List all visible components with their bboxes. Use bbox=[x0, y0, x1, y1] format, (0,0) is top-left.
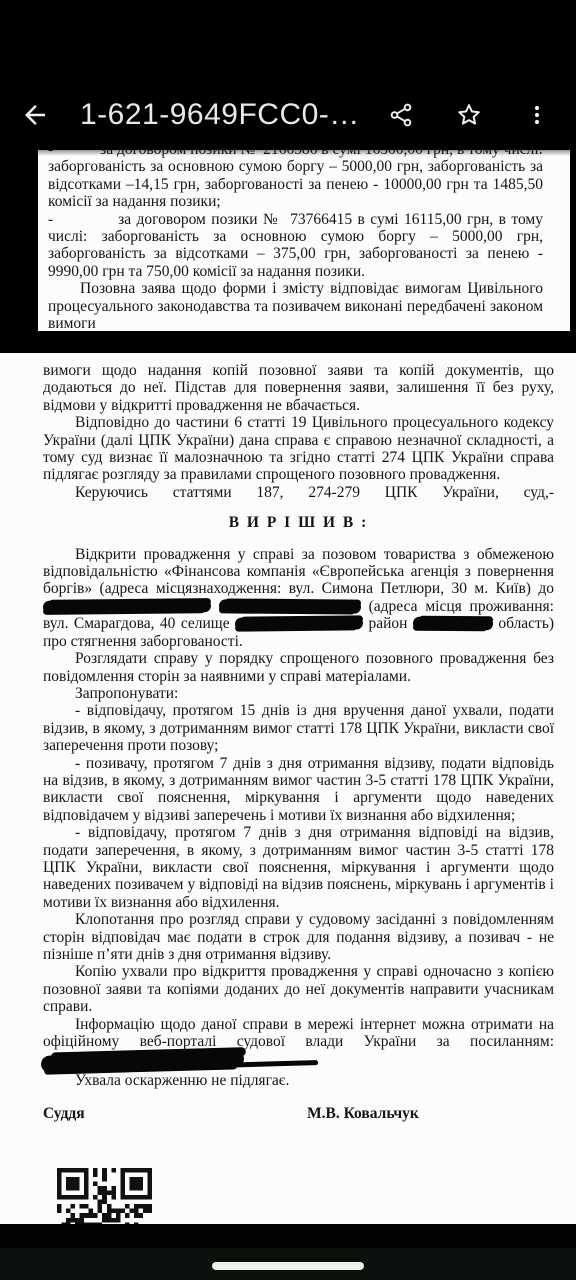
paragraph-plaintiff-7-days: - позивачу, протягом 7 днів з дня отрима… bbox=[43, 755, 554, 825]
redaction-settlement bbox=[235, 617, 363, 631]
paragraph-zaproponuvaty: Запропонувати: bbox=[43, 685, 554, 702]
paragraph-respondent-7-days: - відповідачу, протягом 7 днів з дня отр… bbox=[43, 824, 554, 911]
navigation-bar bbox=[0, 1248, 576, 1280]
signature-row: Суддя М.В. Ковальчук bbox=[43, 1105, 554, 1122]
paragraph-claim-form: Позовна заява щодо форми і змісту відпов… bbox=[48, 280, 543, 331]
paragraph-vidpovidno: Відповідно до частини 6 статті 19 Цивіль… bbox=[43, 414, 554, 484]
document-title: 1-621-9649FCC0-… bbox=[80, 98, 376, 132]
redaction-defendant-name-1 bbox=[43, 599, 211, 614]
paragraph-loan2: - за договором позики № 73766415 в сумі … bbox=[48, 211, 543, 281]
back-button[interactable] bbox=[18, 98, 52, 132]
signature-judge-label: Суддя bbox=[43, 1105, 307, 1122]
nav-gap bbox=[0, 1224, 576, 1248]
redaction-defendant-name-2 bbox=[219, 599, 361, 613]
pdf-viewer-screen: 1-621-9649FCC0-… bbox=[0, 0, 576, 1280]
star-outline-icon bbox=[455, 101, 483, 129]
home-indicator[interactable] bbox=[212, 1262, 364, 1270]
paragraph-ukhvala: Ухвала оскарженню не підлягає. bbox=[43, 1072, 554, 1089]
share-icon bbox=[388, 102, 414, 128]
paragraph-rozglyadaty: Розглядати справу у порядку спрощеного п… bbox=[43, 650, 554, 685]
paragraph-continuation: вимоги щодо надання копій позовної заяви… bbox=[43, 362, 554, 414]
arrow-left-icon bbox=[20, 100, 50, 130]
decision-heading: В И Р І Ш И В : bbox=[43, 514, 554, 531]
paragraph-informatsiyu: Інформацію щодо даної справи в мережі ін… bbox=[43, 1016, 554, 1051]
pdf-page-1: - за договором позики № 2166586 в сумі 1… bbox=[38, 150, 570, 331]
decision-seg1: Відкрити провадження у справі за позовом… bbox=[43, 546, 554, 598]
signature-judge-name: М.В. Ковальчук bbox=[307, 1105, 419, 1122]
paragraph-klopotannya: Клопотання про розгляд справи у судовому… bbox=[43, 911, 554, 963]
pdf-page-2: вимоги щодо надання копій позовної заяви… bbox=[0, 353, 576, 1224]
overflow-menu-button[interactable] bbox=[520, 98, 554, 132]
app-header: 1-621-9649FCC0-… bbox=[0, 80, 576, 150]
paragraph-kopiyu: Копію ухвали про відкриття провадження у… bbox=[43, 963, 554, 1015]
redaction-court-url bbox=[41, 1051, 244, 1074]
three-dot-menu-icon bbox=[525, 103, 549, 127]
share-button[interactable] bbox=[384, 98, 418, 132]
paragraph-keruyuchys: Керуючись статтями 187, 274-279 ЦПК Укра… bbox=[43, 484, 554, 501]
decision-seg3: район bbox=[368, 615, 407, 632]
redaction-district bbox=[413, 617, 493, 631]
qr-code bbox=[57, 1168, 152, 1224]
status-bar bbox=[0, 0, 576, 80]
star-button[interactable] bbox=[452, 98, 486, 132]
paragraph-loan1: - за договором позики № 2166586 в сумі 1… bbox=[48, 150, 543, 211]
paragraph-decision: Відкрити провадження у справі за позовом… bbox=[43, 546, 554, 650]
paragraph-respondent-15-days: - відповідачу, протягом 15 днів із дня в… bbox=[43, 702, 554, 754]
